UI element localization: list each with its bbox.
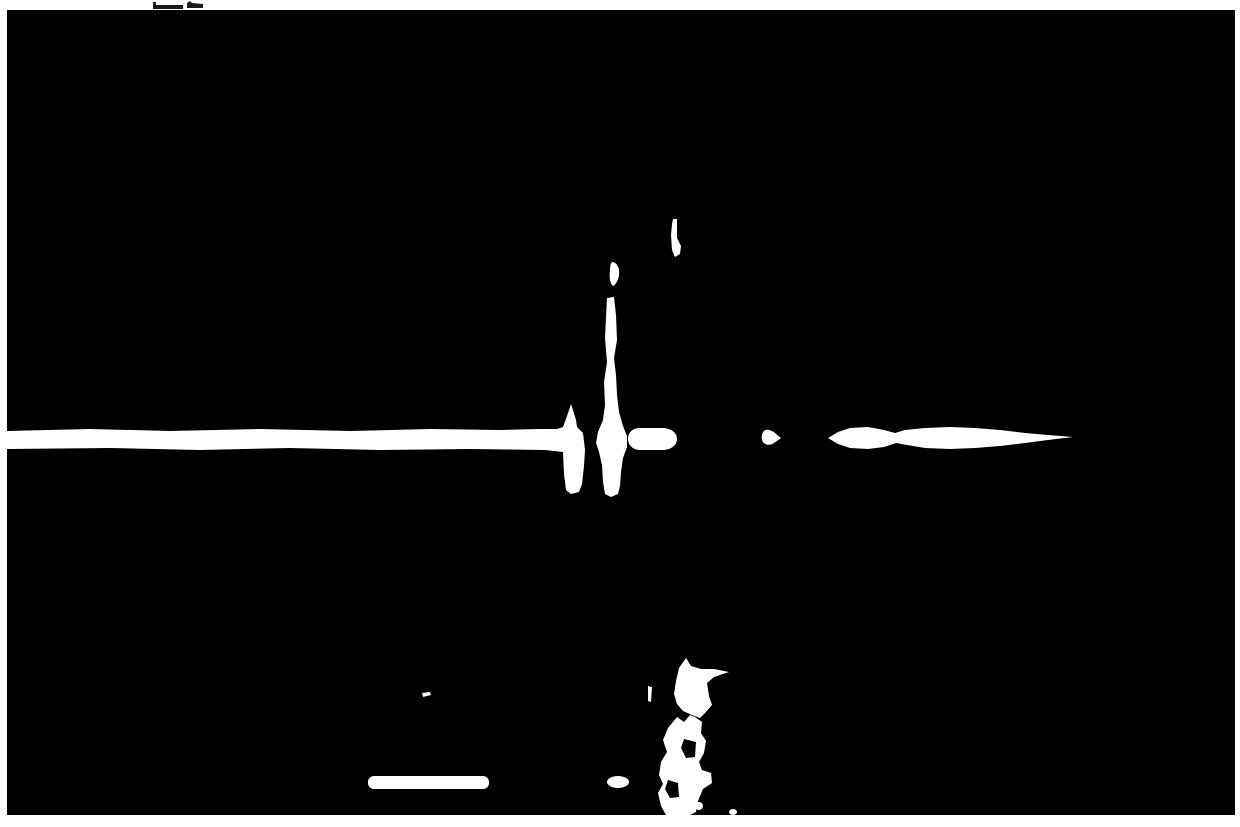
top-margin-mark-right	[187, 1, 203, 8]
spark-dot-left	[607, 776, 629, 788]
pill-blob	[628, 428, 677, 450]
photo-frame	[7, 10, 1235, 815]
top-margin-mark-left	[153, 2, 183, 9]
spark-dot-mid	[695, 802, 703, 810]
figure-canvas	[0, 0, 1240, 827]
bottom-bar	[368, 776, 489, 789]
spark-dot-right	[729, 809, 737, 815]
photo-page	[0, 0, 1240, 827]
